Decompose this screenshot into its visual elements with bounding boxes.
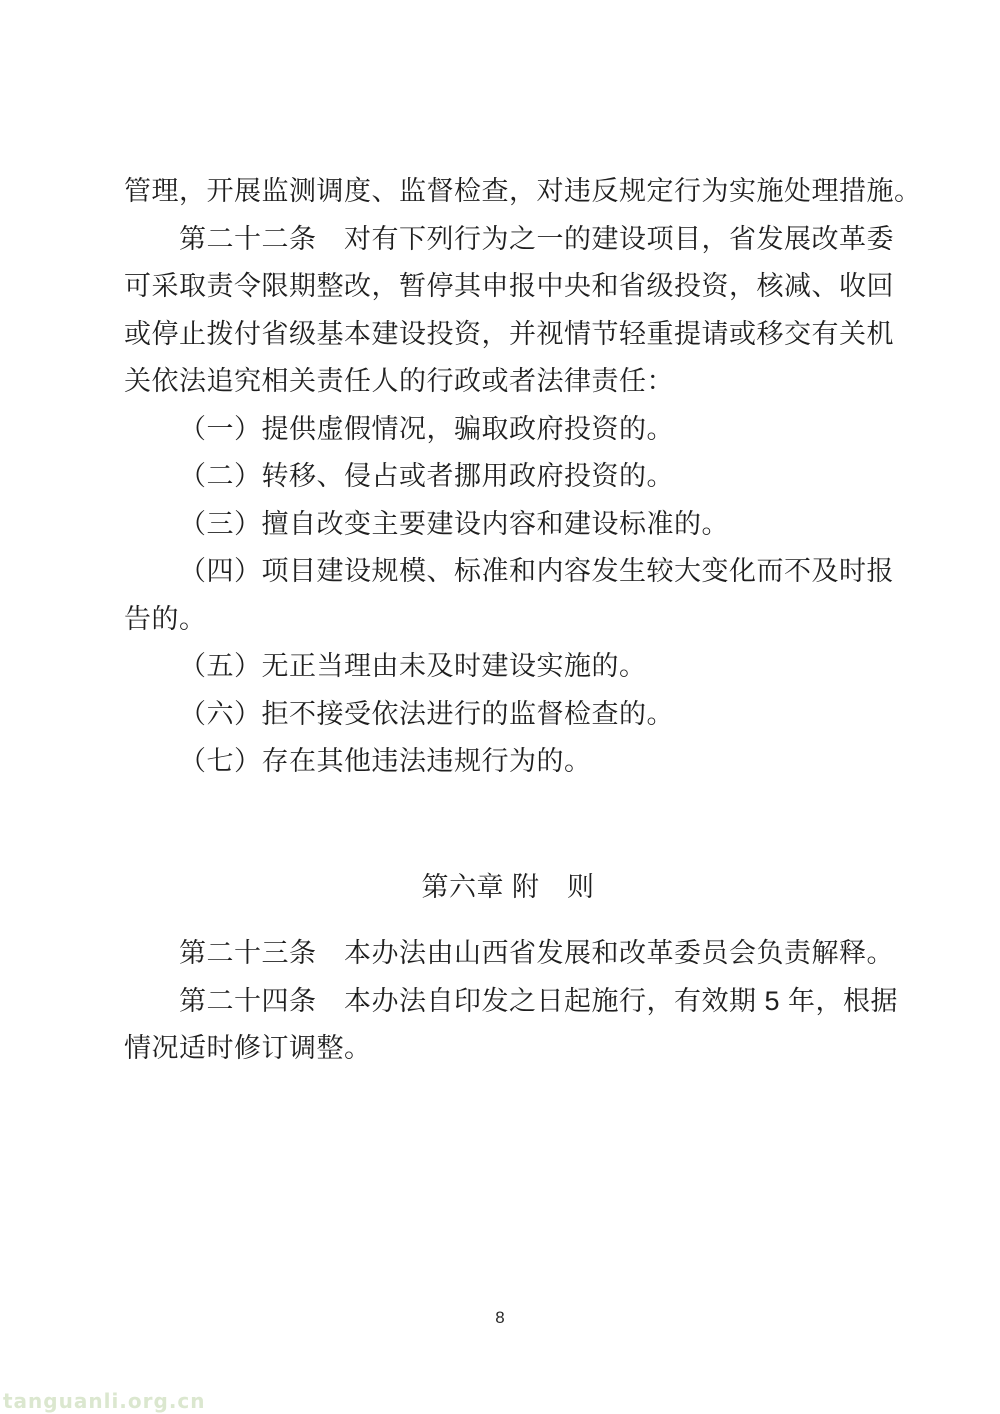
list-item-6: （六）拒不接受依法进行的监督检查的。 bbox=[124, 691, 892, 739]
article-22-line-1: 第二十二条 对有下列行为之一的建设项目，省发展改革委 bbox=[124, 216, 892, 264]
chapter-heading: 第六章 附 则 bbox=[124, 864, 892, 912]
list-item-4-line-1: （四）项目建设规模、标准和内容发生较大变化而不及时报 bbox=[124, 548, 892, 596]
list-item-3: （三）擅自改变主要建设内容和建设标准的。 bbox=[124, 501, 892, 549]
list-item-5: （五）无正当理由未及时建设实施的。 bbox=[124, 643, 892, 691]
article-22-line-3: 或停止拨付省级基本建设投资，并视情节轻重提请或移交有关机 bbox=[124, 311, 892, 359]
paragraph-continuation-line: 管理，开展监测调度、监督检查，对违反规定行为实施处理措施。 bbox=[124, 168, 892, 216]
list-item-7: （七）存在其他违法违规行为的。 bbox=[124, 738, 892, 786]
article-24-line-2: 情况适时修订调整。 bbox=[124, 1025, 892, 1073]
article-24-line-1: 第二十四条 本办法自印发之日起施行，有效期 5 年，根据 bbox=[124, 978, 892, 1026]
list-item-2: （二）转移、侵占或者挪用政府投资的。 bbox=[124, 453, 892, 501]
page-number: 8 bbox=[0, 1308, 1000, 1328]
watermark: tanguanli.org.cn bbox=[3, 1389, 206, 1413]
list-item-1: （一）提供虚假情况，骗取政府投资的。 bbox=[124, 406, 892, 454]
document-body: 管理，开展监测调度、监督检查，对违反规定行为实施处理措施。 第二十二条 对有下列… bbox=[124, 168, 892, 1073]
article-22-line-2: 可采取责令限期整改，暂停其申报中央和省级投资，核减、收回 bbox=[124, 263, 892, 311]
article-22-line-4: 关依法追究相关责任人的行政或者法律责任： bbox=[124, 358, 892, 406]
document-page: 管理，开展监测调度、监督检查，对违反规定行为实施处理措施。 第二十二条 对有下列… bbox=[0, 0, 1000, 1414]
list-item-4-line-2: 告的。 bbox=[124, 596, 892, 644]
article-23-line: 第二十三条 本办法由山西省发展和改革委员会负责解释。 bbox=[124, 930, 892, 978]
